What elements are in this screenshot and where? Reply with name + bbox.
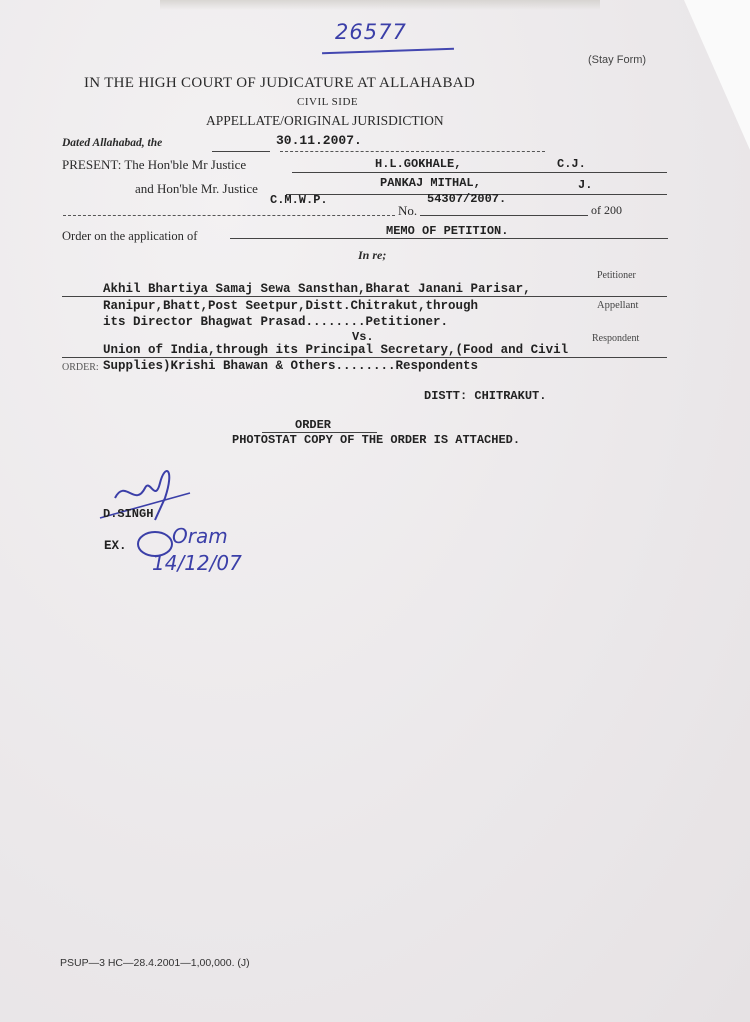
order-heading: ORDER xyxy=(295,418,331,432)
case-number-rule xyxy=(420,215,588,216)
order-text: PHOTOSTAT COPY OF THE ORDER IS ATTACHED. xyxy=(232,433,520,447)
justice-1-rule xyxy=(292,172,667,173)
in-re-label: In re; xyxy=(358,248,386,263)
justice-1-title: C.J. xyxy=(557,157,586,171)
present-label: PRESENT: The Hon'ble Mr Justice xyxy=(62,157,246,173)
case-no-label: No. xyxy=(398,203,417,219)
document-page: 26577 (Stay Form) IN THE HIGH COURT OF J… xyxy=(0,0,750,1022)
petitioner-line-1: Akhil Bhartiya Samaj Sewa Sansthan,Bhara… xyxy=(103,282,531,296)
examined-date: 14/12/07 xyxy=(152,551,242,575)
respondent-rule xyxy=(62,357,667,358)
respondent-line-1: Union of India,through its Principal Sec… xyxy=(103,343,568,357)
dated-label: Dated Allahabad, the xyxy=(62,137,162,149)
petitioner-line-2: Ranipur,Bhatt,Post Seetpur,Distt.Chitrak… xyxy=(103,299,478,313)
top-fold-shadow xyxy=(160,0,600,10)
justice-1-name: H.L.GOKHALE, xyxy=(375,157,461,171)
dated-rule xyxy=(280,151,545,152)
petitioner-line-3: its Director Bhagwat Prasad........Petit… xyxy=(103,315,448,329)
respondent-side-label: Respondent xyxy=(592,333,639,344)
examined-signature: Oram xyxy=(172,524,228,548)
versus-label: Vs. xyxy=(352,330,374,344)
file-number-underline xyxy=(322,48,454,55)
case-rule-left xyxy=(63,215,395,216)
dated-rule-left xyxy=(212,151,270,152)
petitioner-side-label: Petitioner xyxy=(597,270,636,281)
court-side: CIVIL SIDE xyxy=(297,96,358,108)
application-value: MEMO OF PETITION. xyxy=(386,224,508,238)
of-year-label: of 200 xyxy=(591,203,622,218)
appellant-side-label: Appellant xyxy=(597,300,638,311)
signatory-name: D.SINGH xyxy=(103,507,153,521)
application-rule xyxy=(230,238,668,239)
dated-value: 30.11.2007. xyxy=(276,133,362,148)
file-number-handwritten: 26577 xyxy=(335,20,407,44)
footer-print-line: PSUP—3 HC—28.4.2001—1,00,000. (J) xyxy=(60,957,250,969)
examined-label: EX. xyxy=(104,539,127,553)
justice-2-title: J. xyxy=(578,178,592,192)
justice-2-name: PANKAJ MITHAL, xyxy=(380,176,481,190)
jurisdiction: APPELLATE/ORIGINAL JURISDICTION xyxy=(206,113,444,129)
petitioner-rule xyxy=(62,296,667,297)
order-on-label: Order on the application of xyxy=(62,229,197,244)
case-type: C.M.W.P. xyxy=(270,193,328,207)
order-margin-label: ORDER: xyxy=(62,362,99,373)
page-corner-background xyxy=(640,0,750,150)
and-justice-label: and Hon'ble Mr. Justice xyxy=(135,181,258,197)
respondent-line-2: Supplies)Krishi Bhawan & Others........R… xyxy=(103,359,478,373)
district-label: DISTT: CHITRAKUT. xyxy=(424,389,546,403)
case-number: 54307/2007. xyxy=(427,192,506,206)
court-title: IN THE HIGH COURT OF JUDICATURE AT ALLAH… xyxy=(84,75,475,92)
form-type-label: (Stay Form) xyxy=(588,54,646,66)
